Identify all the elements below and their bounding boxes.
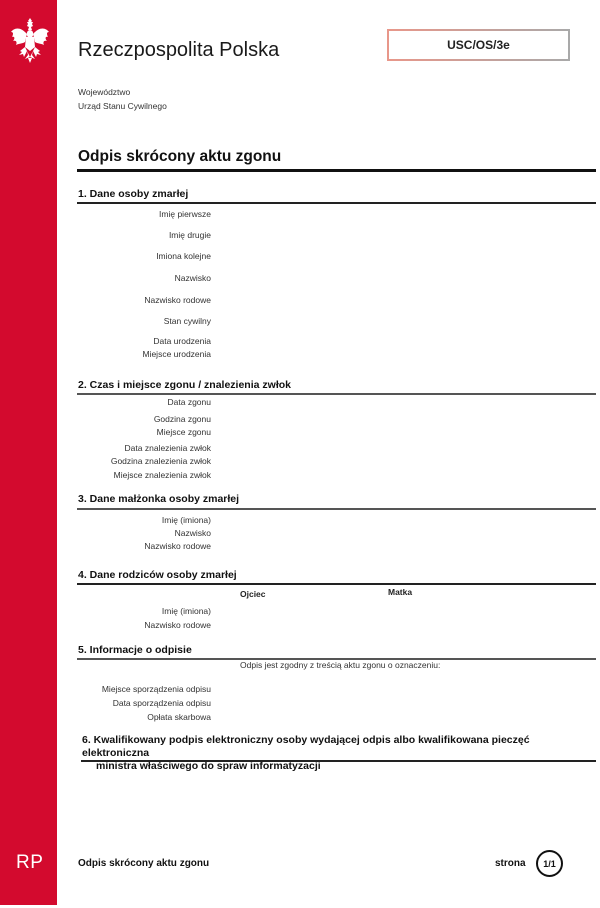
section-5-heading: 5. Informacje o odpisie [78, 644, 192, 656]
field-label: Data znalezienia zwłok [125, 443, 211, 453]
field-label: Miejsce znalezienia zwłok [114, 470, 211, 480]
field-label: Nazwisko [175, 273, 211, 283]
section-3-heading: 3. Dane małżonka osoby zmarłej [78, 493, 239, 505]
reference-code-box: USC/OS/3e [387, 29, 570, 61]
section-3-divider [77, 508, 596, 510]
section-6-heading-line-2: ministra właściwego do spraw informatyza… [82, 760, 597, 773]
polish-eagle-emblem-icon [10, 16, 50, 64]
section-1-heading: 1. Dane osoby zmarłej [78, 188, 188, 200]
red-sidebar: RP [0, 0, 57, 905]
section-4-heading: 4. Dane rodziców osoby zmarłej [78, 569, 237, 581]
field-label: Stan cywilny [164, 316, 211, 326]
field-label: Nazwisko rodowe [144, 295, 211, 305]
field-label: Imię (imiona) [162, 606, 211, 616]
country-title: Rzeczpospolita Polska [78, 39, 279, 62]
field-label: Nazwisko rodowe [144, 620, 211, 630]
reference-code: USC/OS/3e [447, 38, 510, 52]
section-6-heading: 6. Kwalifikowany podpis elektroniczny os… [82, 734, 597, 773]
field-label: Imię (imiona) [162, 515, 211, 525]
field-label: Data sporządzenia odpisu [113, 698, 211, 708]
field-label: Data zgonu [168, 397, 211, 407]
voivodeship-label: Województwo [78, 87, 130, 97]
field-label: Nazwisko [175, 528, 211, 538]
title-divider [77, 169, 596, 172]
section-6-divider [81, 760, 596, 762]
section-6-heading-line-1: 6. Kwalifikowany podpis elektroniczny os… [82, 734, 530, 759]
section-2-heading: 2. Czas i miejsce zgonu / znalezienia zw… [78, 379, 291, 391]
mother-column-header: Matka [388, 587, 412, 597]
field-label: Imię pierwsze [159, 209, 211, 219]
field-label: Miejsce urodzenia [142, 349, 211, 359]
field-label: Opłata skarbowa [147, 712, 211, 722]
field-label: Imiona kolejne [156, 251, 211, 261]
field-label: Godzina znalezienia zwłok [111, 456, 211, 466]
page-label: strona [495, 858, 526, 869]
father-column-header: Ojciec [240, 589, 266, 599]
field-label: Miejsce zgonu [157, 427, 211, 437]
footer-document-title: Odpis skrócony aktu zgonu [78, 858, 209, 869]
document-title: Odpis skrócony aktu zgonu [78, 148, 281, 166]
page-number: 1/1 [543, 859, 556, 869]
section-1-divider [77, 202, 596, 204]
page-number-badge: 1/1 [536, 850, 563, 877]
section-2-divider [77, 393, 596, 395]
section-4-divider [77, 583, 596, 585]
field-label: Nazwisko rodowe [144, 541, 211, 551]
field-label: Godzina zgonu [154, 414, 211, 424]
field-label: Imię drugie [169, 230, 211, 240]
field-label: Miejsce sporządzenia odpisu [102, 684, 211, 694]
conformity-note: Odpis jest zgodny z treścią aktu zgonu o… [240, 660, 440, 670]
registry-office-label: Urząd Stanu Cywilnego [78, 101, 167, 111]
field-label: Data urodzenia [153, 336, 211, 346]
sidebar-abbreviation: RP [16, 852, 43, 874]
